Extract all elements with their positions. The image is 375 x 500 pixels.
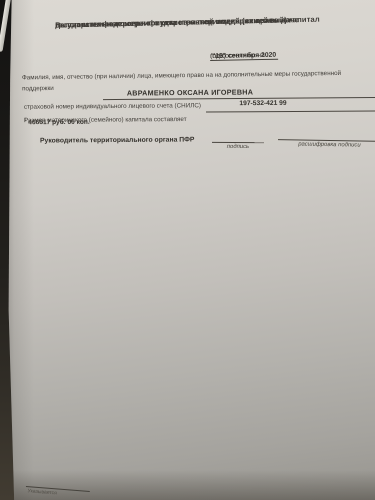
snils-value: 197-532-421 99	[218, 100, 308, 108]
footnote-text: Указывается	[27, 488, 57, 496]
signature-decipher-line: расшифровка подписи	[278, 139, 375, 142]
signature-decipher-caption: расшифровка подписи	[278, 141, 375, 149]
document-page: Выписка из федерального регистра лиц, им…	[0, 0, 375, 500]
as-of-date-line: (по состоянию на "15" сентября 2020 года…	[60, 50, 360, 56]
capital-amount-label: Размер материнского (семейного) капитала…	[24, 116, 187, 124]
signature-line: подпись	[212, 142, 264, 143]
capital-amount-row: Размер материнского (семейного) капитала…	[24, 115, 354, 126]
footnote-rule: Указывается	[26, 486, 90, 492]
title-line-3: государственного сертификата на материнс…	[55, 15, 320, 31]
date-suffix: года)	[210, 53, 226, 60]
snils-label: страховой номер индивидуального лицевого…	[24, 102, 201, 110]
signature-caption: подпись	[212, 144, 264, 150]
snils-underline	[206, 110, 375, 112]
document-title: Выписка из федерального регистра лиц, им…	[55, 13, 375, 20]
photo-background: Выписка из федерального регистра лиц, им…	[0, 0, 375, 500]
official-title-label: Руководитель территориального органа ПФР	[40, 136, 194, 144]
cable-sliver	[0, 0, 12, 52]
